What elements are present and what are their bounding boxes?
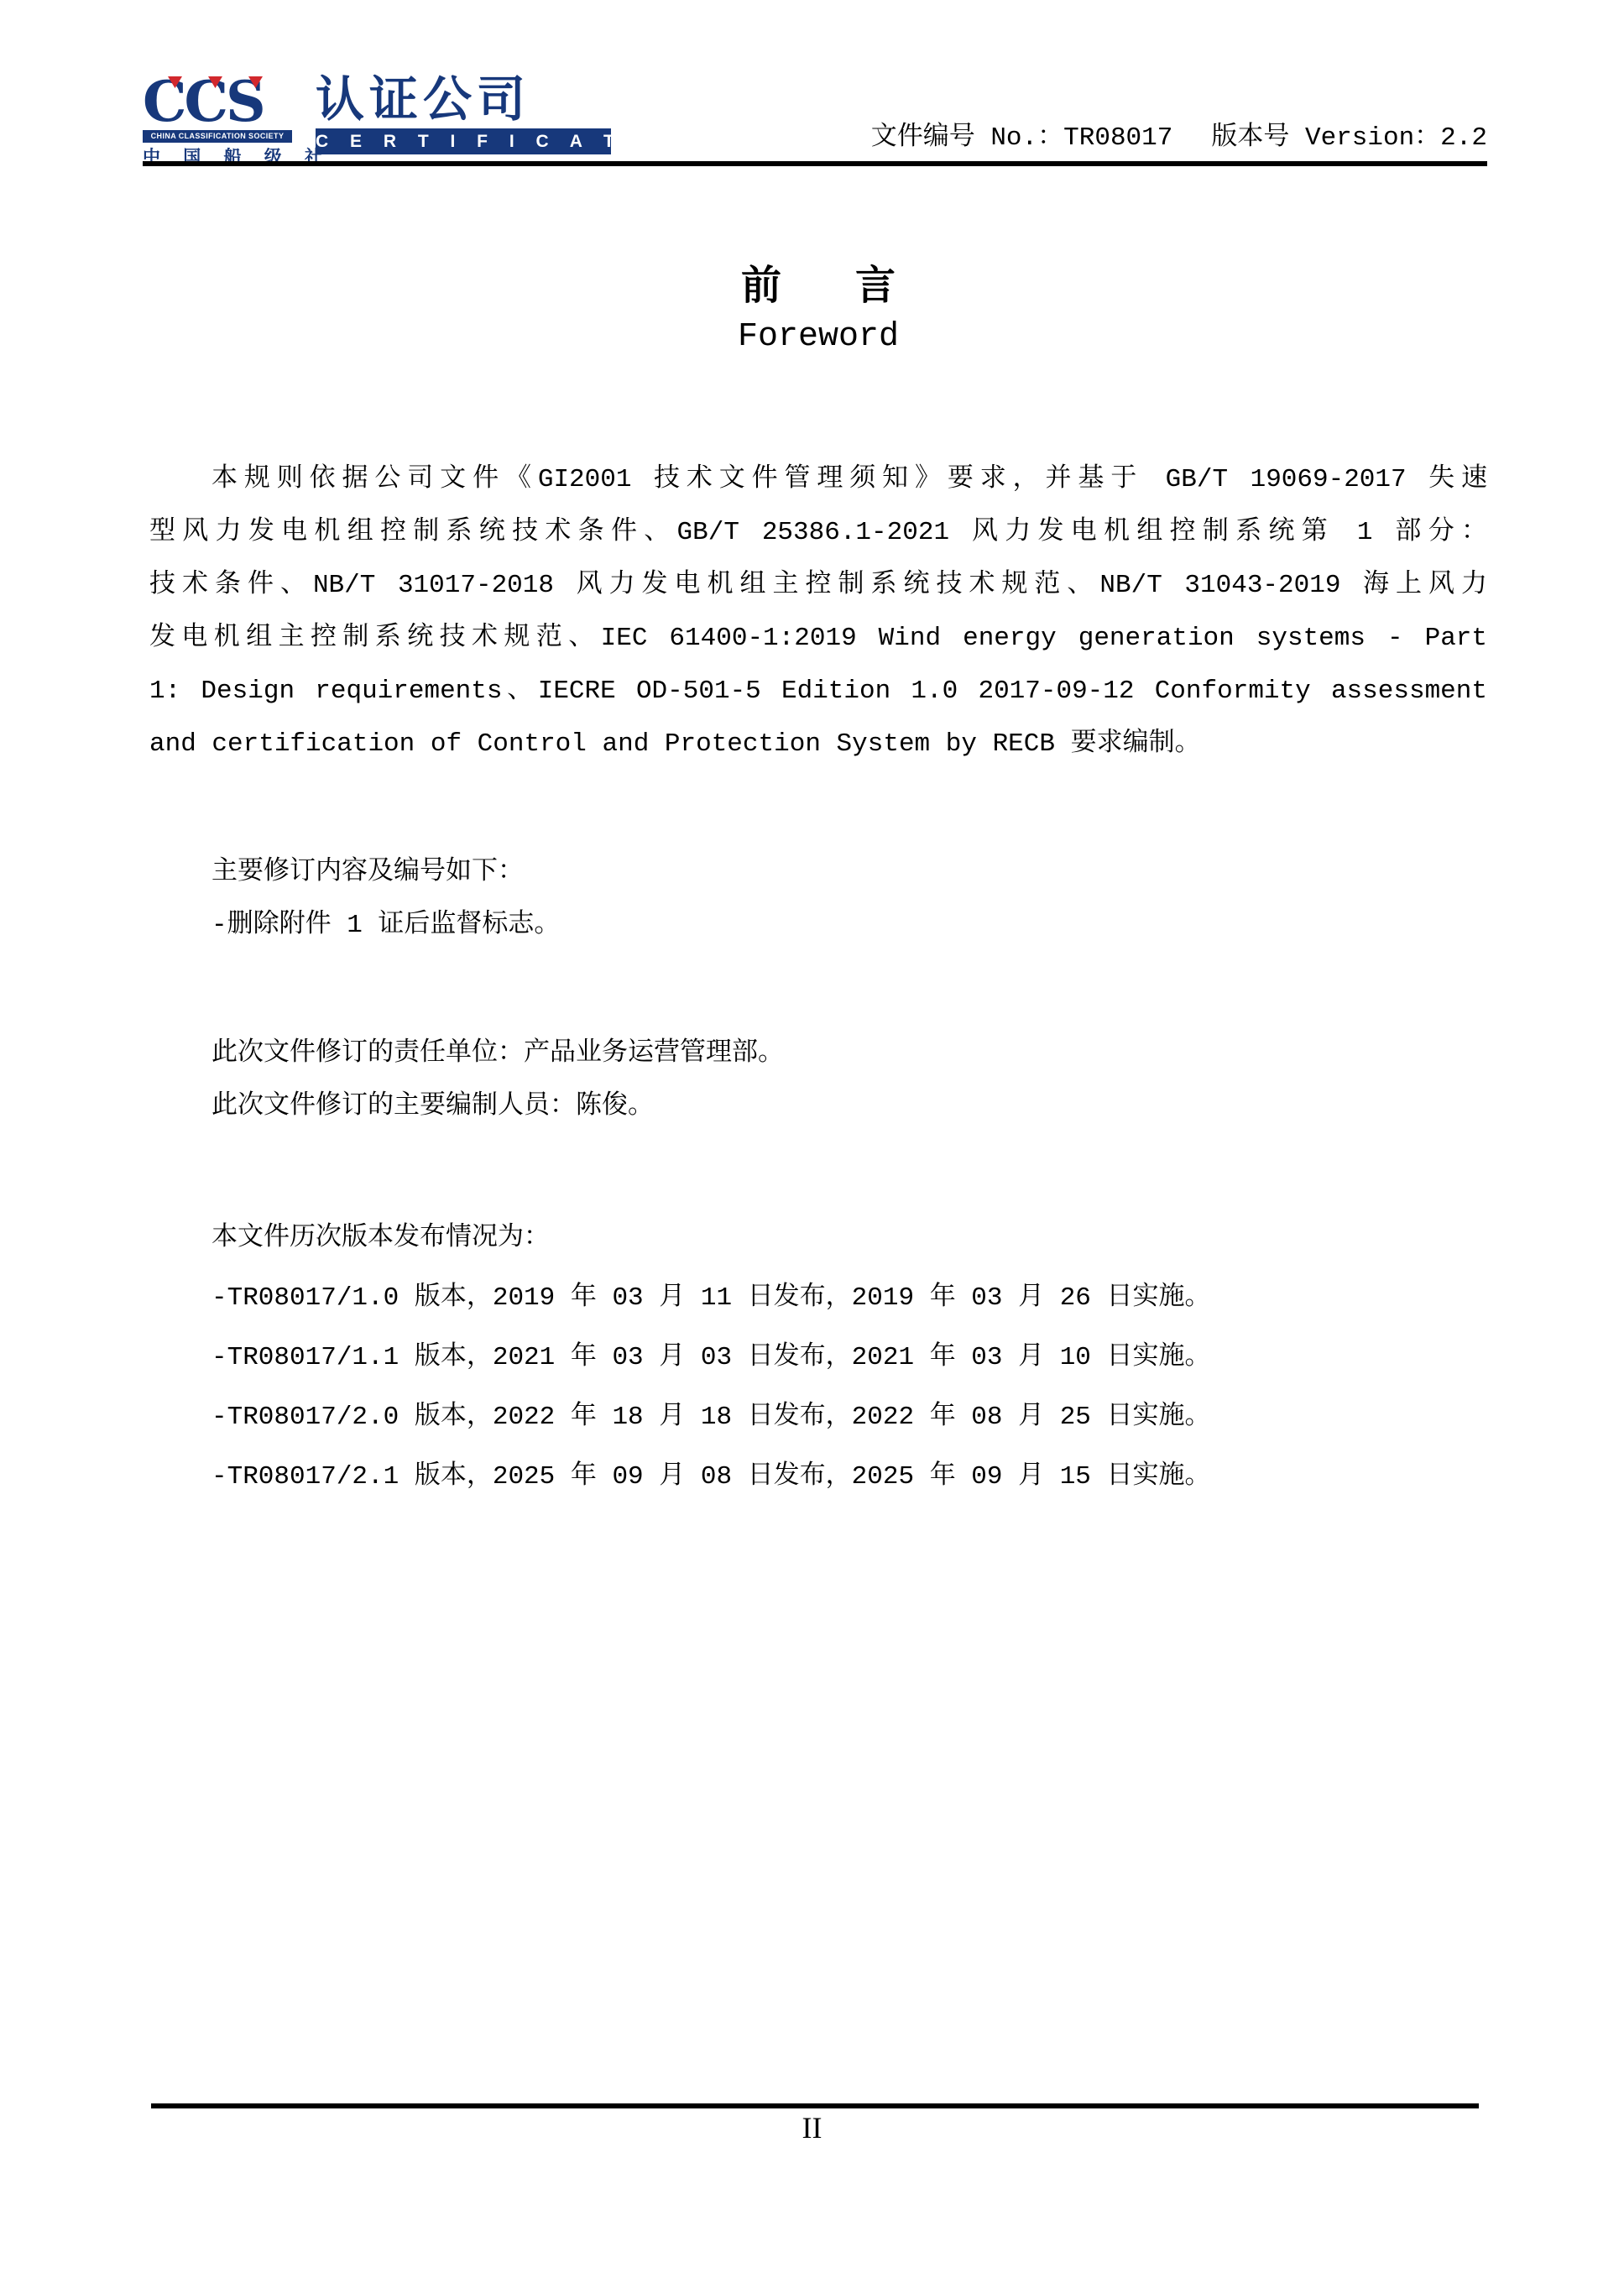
footer-rule — [151, 2103, 1479, 2108]
paragraph-basis: 本规则依据公司文件《GI2001 技术文件管理须知》要求，并基于 GB/T 19… — [149, 453, 1487, 771]
document-page: CCS CHINA CLASSIFICATION SOCIETY 中 国 船 级… — [0, 0, 1624, 2278]
paragraph-line: 型风力发电机组控制系统技术条件、GB/T 25386.1-2021 风力发电机组… — [149, 506, 1487, 559]
paragraph-line: and certification of Control and Protect… — [149, 718, 1487, 771]
paragraph-line: 发电机组主控制系统技术规范、IEC 61400-1:2019 Wind ener… — [149, 612, 1487, 665]
history-item: -TR08017/2.1 版本，2025 年 09 月 08 日发布，2025 … — [149, 1447, 1487, 1507]
page-title-en: Foreword — [149, 316, 1487, 359]
revision-item: -删除附件 1 证后监督标志。 — [149, 899, 1487, 952]
ccs-logo-left: CCS CHINA CLASSIFICATION SOCIETY 中 国 船 级… — [143, 76, 304, 169]
page-number: II — [0, 2110, 1624, 2145]
revision-intro: 主要修订内容及编号如下： — [149, 846, 1487, 899]
paragraph-line: 本规则依据公司文件《GI2001 技术文件管理须知》要求，并基于 GB/T 19… — [149, 453, 1487, 506]
history-item: -TR08017/2.0 版本，2022 年 18 月 18 日发布，2022 … — [149, 1387, 1487, 1447]
ccs-logo-right: 认证公司 C E R T I F I C A T I O N — [316, 76, 611, 169]
doc-version: 版本号 Version：2.2 — [1211, 123, 1487, 153]
company-name-cn: 认证公司 — [316, 76, 611, 124]
ccs-wordmark: CCS — [143, 76, 304, 128]
history-item: -TR08017/1.1 版本，2021 年 03 月 03 日发布，2021 … — [149, 1328, 1487, 1387]
revision-block: 主要修订内容及编号如下： -删除附件 1 证后监督标志。 — [149, 846, 1487, 952]
paragraph-line: 1: Design requirements、IECRE OD-501-5 Ed… — [149, 665, 1487, 718]
responsible-unit: 此次文件修订的责任单位：产品业务运营管理部。 — [149, 1027, 1487, 1080]
version-history-block: 本文件历次版本发布情况为： -TR08017/1.0 版本，2019 年 03 … — [149, 1209, 1487, 1507]
header-doc-meta: 文件编号 No.：TR08017版本号 Version：2.2 — [871, 114, 1487, 153]
history-intro: 本文件历次版本发布情况为： — [149, 1209, 1487, 1268]
history-item: -TR08017/1.0 版本，2019 年 03 月 11 日发布，2019 … — [149, 1268, 1487, 1328]
certification-banner: C E R T I F I C A T I O N — [316, 128, 611, 154]
doc-number: 文件编号 No.：TR08017 — [871, 123, 1173, 153]
responsibility-block: 此次文件修订的责任单位：产品业务运营管理部。 此次文件修订的主要编制人员：陈俊。 — [149, 1027, 1487, 1133]
content-area: 前 言 Foreword 本规则依据公司文件《GI2001 技术文件管理须知》要… — [149, 262, 1487, 1507]
ccs-certification-logo: CCS CHINA CLASSIFICATION SOCIETY 中 国 船 级… — [143, 76, 611, 169]
responsible-person: 此次文件修订的主要编制人员：陈俊。 — [149, 1080, 1487, 1133]
header-rule — [143, 161, 1487, 166]
paragraph-line: 技术条件、NB/T 31017-2018 风力发电机组主控制系统技术规范、NB/… — [149, 559, 1487, 612]
page-title-cn: 前 言 — [149, 262, 1487, 311]
